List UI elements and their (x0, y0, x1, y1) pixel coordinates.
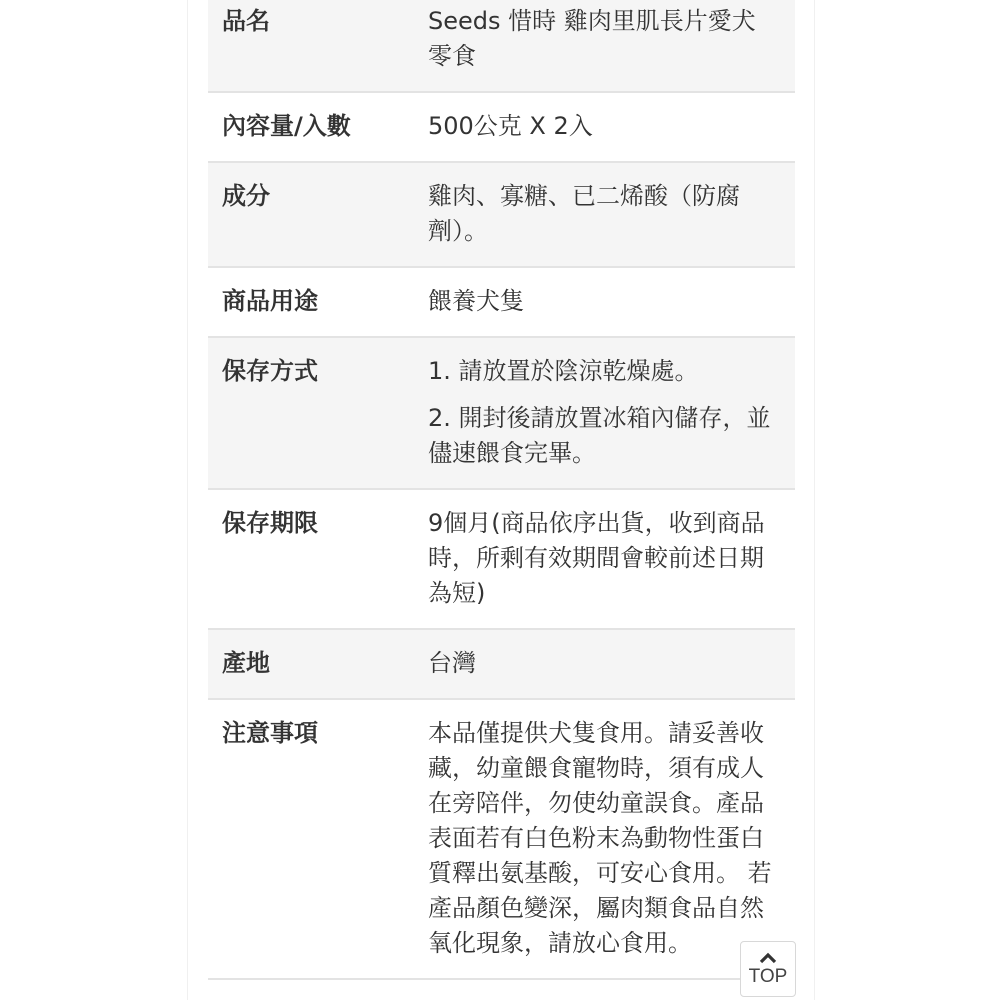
spec-row-origin: 產地 台灣 (208, 629, 795, 699)
spec-value-text: 台灣 (428, 646, 777, 681)
spec-row-quantity: 內容量/入數 500公克 X 2入 (208, 92, 795, 162)
spec-value-text: 雞肉、寡糖、已二烯酸（防腐劑）。 (428, 179, 777, 249)
spec-row-ingredients: 成分 雞肉、寡糖、已二烯酸（防腐劑）。 (208, 162, 795, 267)
spec-value-text: 500公克 X 2入 (428, 109, 777, 144)
spec-value: Seeds 惜時 雞肉里肌長片愛犬零食 (414, 0, 795, 92)
spec-row-storage: 保存方式 1. 請放置於陰涼乾燥處。 2. 開封後請放置冰箱內儲存，並儘速餵食完… (208, 337, 795, 489)
spec-value-text: Seeds 惜時 雞肉里肌長片愛犬零食 (428, 4, 777, 74)
spec-value-text: 1. 請放置於陰涼乾燥處。 (428, 354, 777, 389)
spec-row-usage: 商品用途 餵養犬隻 (208, 267, 795, 337)
spec-label: 注意事項 (208, 699, 414, 979)
spec-value: 1. 請放置於陰涼乾燥處。 2. 開封後請放置冰箱內儲存，並儘速餵食完畢。 (414, 337, 795, 489)
spec-value-text: 2. 開封後請放置冰箱內儲存，並儘速餵食完畢。 (428, 401, 777, 471)
spec-label: 內容量/入數 (208, 92, 414, 162)
spec-value: 本品僅提供犬隻食用。請妥善收藏，幼童餵食寵物時，須有成人在旁陪伴，勿使幼童誤食。… (414, 699, 795, 979)
product-spec-table: 品名 Seeds 惜時 雞肉里肌長片愛犬零食 內容量/入數 500公克 X 2入… (208, 0, 795, 980)
spec-row-shelf-life: 保存期限 9個月(商品依序出貨，收到商品時，所剩有效期間會較前述日期為短) (208, 489, 795, 629)
spec-label: 保存方式 (208, 337, 414, 489)
spec-label: 品名 (208, 0, 414, 92)
spec-label: 保存期限 (208, 489, 414, 629)
spec-value-text: 9個月(商品依序出貨，收到商品時，所剩有效期間會較前述日期為短) (428, 506, 777, 611)
back-to-top-label: TOP (749, 966, 788, 988)
spec-value-text: 餵養犬隻 (428, 284, 777, 319)
back-to-top-button[interactable]: TOP (740, 941, 796, 997)
spec-row-name: 品名 Seeds 惜時 雞肉里肌長片愛犬零食 (208, 0, 795, 92)
spec-label: 成分 (208, 162, 414, 267)
spec-label: 商品用途 (208, 267, 414, 337)
spec-value: 雞肉、寡糖、已二烯酸（防腐劑）。 (414, 162, 795, 267)
spec-label: 產地 (208, 629, 414, 699)
spec-value: 500公克 X 2入 (414, 92, 795, 162)
spec-row-notes: 注意事項 本品僅提供犬隻食用。請妥善收藏，幼童餵食寵物時，須有成人在旁陪伴，勿使… (208, 699, 795, 979)
spec-value-text: 本品僅提供犬隻食用。請妥善收藏，幼童餵食寵物時，須有成人在旁陪伴，勿使幼童誤食。… (428, 716, 777, 961)
spec-value: 台灣 (414, 629, 795, 699)
chevron-up-icon (759, 952, 777, 964)
product-spec-container: 品名 Seeds 惜時 雞肉里肌長片愛犬零食 內容量/入數 500公克 X 2入… (187, 0, 815, 1000)
spec-value: 餵養犬隻 (414, 267, 795, 337)
spec-value: 9個月(商品依序出貨，收到商品時，所剩有效期間會較前述日期為短) (414, 489, 795, 629)
